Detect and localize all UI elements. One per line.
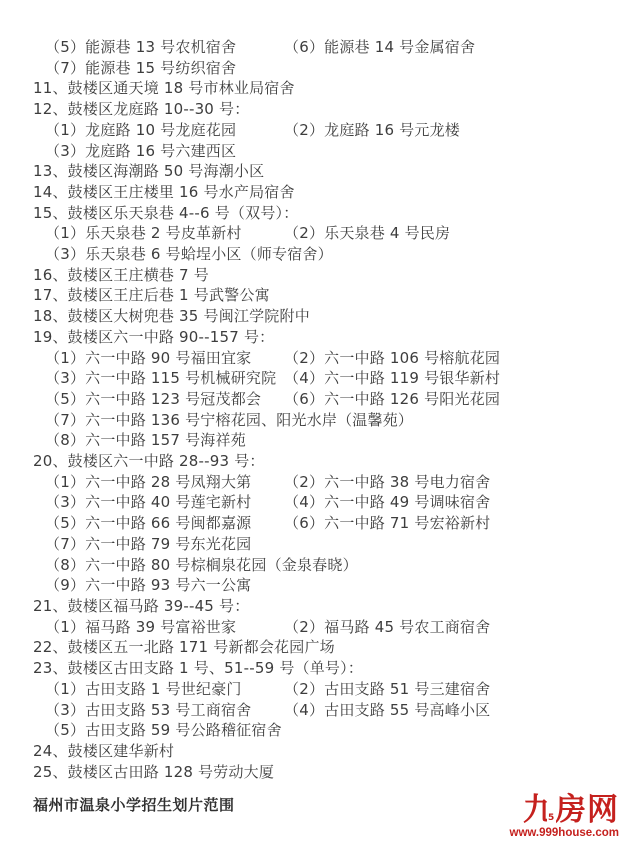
address-text: （2）六一中路 38 号电力宿舍: [284, 473, 490, 491]
address-text: （2）龙庭路 16 号元龙楼: [284, 121, 460, 139]
list-line: （3）古田支路 53 号工商宿舍（4）古田支路 55 号高峰小区: [45, 700, 625, 721]
list-line: 24、鼓楼区建华新村: [33, 741, 625, 762]
site-logo-text: 九房网: [523, 792, 619, 828]
address-text: （2）六一中路 106 号榕航花园: [284, 349, 500, 367]
list-line: 11、鼓楼区通天境 18 号市林业局宿舍: [33, 78, 625, 99]
address-text: （8）六一中路 80 号棕榈泉花园（金泉春晓）: [45, 556, 358, 574]
address-text: （1）龙庭路 10 号龙庭花园: [45, 120, 284, 141]
list-line: （1）福马路 39 号富裕世家（2）福马路 45 号农工商宿舍: [45, 617, 625, 638]
address-text: （5）六一中路 66 号闽都嘉源: [45, 513, 284, 534]
address-text: （3）六一中路 40 号莲宅新村: [45, 492, 284, 513]
address-text: （2）古田支路 51 号三建宿舍: [284, 680, 490, 698]
list-line: （1）六一中路 28 号凤翔大第（2）六一中路 38 号电力宿舍: [45, 472, 625, 493]
address-text: 22、鼓楼区五一北路 171 号新都会花园广场: [33, 638, 335, 656]
address-text: （9）六一中路 93 号六一公寓: [45, 576, 251, 594]
address-text: （1）古田支路 1 号世纪豪门: [45, 679, 284, 700]
list-line: （5）能源巷 13 号农机宿舍（6）能源巷 14 号金属宿舍: [45, 37, 625, 58]
list-line: 21、鼓楼区福马路 39--45 号：: [33, 596, 625, 617]
list-line: （8）六一中路 80 号棕榈泉花园（金泉春晓）: [45, 555, 625, 576]
address-text: 13、鼓楼区海潮路 50 号海潮小区: [33, 162, 264, 180]
address-text: （1）六一中路 90 号福田宜家: [45, 348, 284, 369]
document-page: （5）能源巷 13 号农机宿舍（6）能源巷 14 号金属宿舍（7）能源巷 15 …: [0, 0, 625, 843]
list-line: （1）古田支路 1 号世纪豪门（2）古田支路 51 号三建宿舍: [45, 679, 625, 700]
address-text: （7）能源巷 15 号纺织宿舍: [45, 59, 236, 77]
list-line: （1）乐天泉巷 2 号皮革新村（2）乐天泉巷 4 号民房: [45, 223, 625, 244]
list-line: （3）六一中路 40 号莲宅新村（4）六一中路 49 号调味宿舍: [45, 492, 625, 513]
address-text: （7）六一中路 79 号东光花园: [45, 535, 251, 553]
list-line: （3）龙庭路 16 号六建西区: [45, 141, 625, 162]
list-line: （1）六一中路 90 号福田宜家（2）六一中路 106 号榕航花园: [45, 348, 625, 369]
address-text: 23、鼓楼区古田支路 1 号、51--59 号（单号）：: [33, 659, 363, 677]
address-text: 14、鼓楼区王庄楼里 16 号水产局宿舍: [33, 183, 295, 201]
list-line: （8）六一中路 157 号海祥苑: [45, 430, 625, 451]
address-text: （6）能源巷 14 号金属宿舍: [284, 38, 475, 56]
address-text: （4）六一中路 49 号调味宿舍: [284, 493, 490, 511]
address-text: （8）六一中路 157 号海祥苑: [45, 431, 246, 449]
address-text: （3）六一中路 115 号机械研究院: [45, 368, 284, 389]
list-line: （5）六一中路 66 号闽都嘉源（6）六一中路 71 号宏裕新村: [45, 513, 625, 534]
address-text: （3）乐天泉巷 6 号蛤埕小区（师专宿舍）: [45, 245, 333, 263]
address-text: （5）六一中路 123 号冠茂都会: [45, 389, 284, 410]
address-text: （3）龙庭路 16 号六建西区: [45, 142, 236, 160]
address-text: （6）六一中路 71 号宏裕新村: [284, 514, 490, 532]
address-text: （6）六一中路 126 号阳光花园: [284, 390, 500, 408]
site-logo-mark: 5: [547, 814, 556, 823]
list-line: 19、鼓楼区六一中路 90--157 号：: [33, 327, 625, 348]
address-text: （1）福马路 39 号富裕世家: [45, 617, 284, 638]
address-text: 25、鼓楼区古田路 128 号劳动大厦: [33, 763, 274, 781]
list-line: （3）六一中路 115 号机械研究院（4）六一中路 119 号银华新村: [45, 368, 625, 389]
address-text: （1）乐天泉巷 2 号皮革新村: [45, 223, 284, 244]
list-line: （7）六一中路 79 号东光花园: [45, 534, 625, 555]
site-watermark: 九房网 5 www.999house.com: [510, 794, 620, 841]
address-text: （7）六一中路 136 号宁榕花园、阳光水岸（温馨苑）: [45, 411, 413, 429]
address-text: 19、鼓楼区六一中路 90--157 号：: [33, 328, 274, 346]
address-text: 11、鼓楼区通天境 18 号市林业局宿舍: [33, 79, 295, 97]
address-text: （2）乐天泉巷 4 号民房: [284, 224, 450, 242]
address-text: （4）六一中路 119 号银华新村: [284, 369, 500, 387]
list-line: 13、鼓楼区海潮路 50 号海潮小区: [33, 161, 625, 182]
address-text: 15、鼓楼区乐天泉巷 4--6 号（双号）：: [33, 204, 298, 222]
address-text: （4）古田支路 55 号高峰小区: [284, 701, 490, 719]
list-line: 14、鼓楼区王庄楼里 16 号水产局宿舍: [33, 182, 625, 203]
list-line: （5）六一中路 123 号冠茂都会（6）六一中路 126 号阳光花园: [45, 389, 625, 410]
list-line: （9）六一中路 93 号六一公寓: [45, 575, 625, 596]
address-text: 16、鼓楼区王庄横巷 7 号: [33, 266, 209, 284]
address-list: （5）能源巷 13 号农机宿舍（6）能源巷 14 号金属宿舍（7）能源巷 15 …: [0, 0, 625, 782]
address-text: 24、鼓楼区建华新村: [33, 742, 174, 760]
list-line: （7）六一中路 136 号宁榕花园、阳光水岸（温馨苑）: [45, 410, 625, 431]
list-line: （7）能源巷 15 号纺织宿舍: [45, 58, 625, 79]
list-line: 25、鼓楼区古田路 128 号劳动大厦: [33, 762, 625, 783]
list-line: 20、鼓楼区六一中路 28--93 号：: [33, 451, 625, 472]
address-text: 20、鼓楼区六一中路 28--93 号：: [33, 452, 265, 470]
address-text: 18、鼓楼区大树兜巷 35 号闽江学院附中: [33, 307, 310, 325]
list-line: 18、鼓楼区大树兜巷 35 号闽江学院附中: [33, 306, 625, 327]
address-text: （2）福马路 45 号农工商宿舍: [284, 618, 490, 636]
site-logo: 九房网 5: [523, 794, 619, 827]
address-text: （5）古田支路 59 号公路稽征宿舍: [45, 721, 282, 739]
list-line: 17、鼓楼区王庄后巷 1 号武警公寓: [33, 285, 625, 306]
site-url: www.999house.com: [510, 827, 620, 841]
list-line: 15、鼓楼区乐天泉巷 4--6 号（双号）：: [33, 203, 625, 224]
list-line: （3）乐天泉巷 6 号蛤埕小区（师专宿舍）: [45, 244, 625, 265]
address-text: （1）六一中路 28 号凤翔大第: [45, 472, 284, 493]
address-text: 17、鼓楼区王庄后巷 1 号武警公寓: [33, 286, 270, 304]
list-line: 16、鼓楼区王庄横巷 7 号: [33, 265, 625, 286]
list-line: 22、鼓楼区五一北路 171 号新都会花园广场: [33, 637, 625, 658]
address-text: （3）古田支路 53 号工商宿舍: [45, 700, 284, 721]
address-text: （5）能源巷 13 号农机宿舍: [45, 37, 284, 58]
list-line: 23、鼓楼区古田支路 1 号、51--59 号（单号）：: [33, 658, 625, 679]
list-line: 12、鼓楼区龙庭路 10--30 号：: [33, 99, 625, 120]
address-text: 12、鼓楼区龙庭路 10--30 号：: [33, 100, 249, 118]
list-line: （5）古田支路 59 号公路稽征宿舍: [45, 720, 625, 741]
address-text: 21、鼓楼区福马路 39--45 号：: [33, 597, 249, 615]
list-line: （1）龙庭路 10 号龙庭花园（2）龙庭路 16 号元龙楼: [45, 120, 625, 141]
